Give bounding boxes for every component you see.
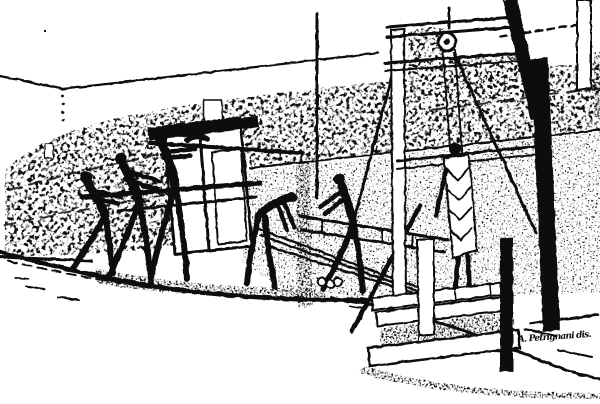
paper-fleck — [44, 30, 46, 32]
wall-pilaster — [296, 160, 312, 308]
tower-front-post-white — [417, 239, 434, 335]
rope-coil — [318, 278, 342, 288]
vault-highlight-small — [45, 144, 53, 158]
tower-front-post-black — [500, 237, 513, 372]
right-edge-hatch — [594, 52, 600, 116]
engraving-canvas: A. Petrignani dis. — [0, 0, 600, 404]
tower-post-far-right — [577, 0, 591, 90]
vault-highlight — [204, 100, 222, 122]
engraving: A. Petrignani dis. — [0, 0, 600, 404]
